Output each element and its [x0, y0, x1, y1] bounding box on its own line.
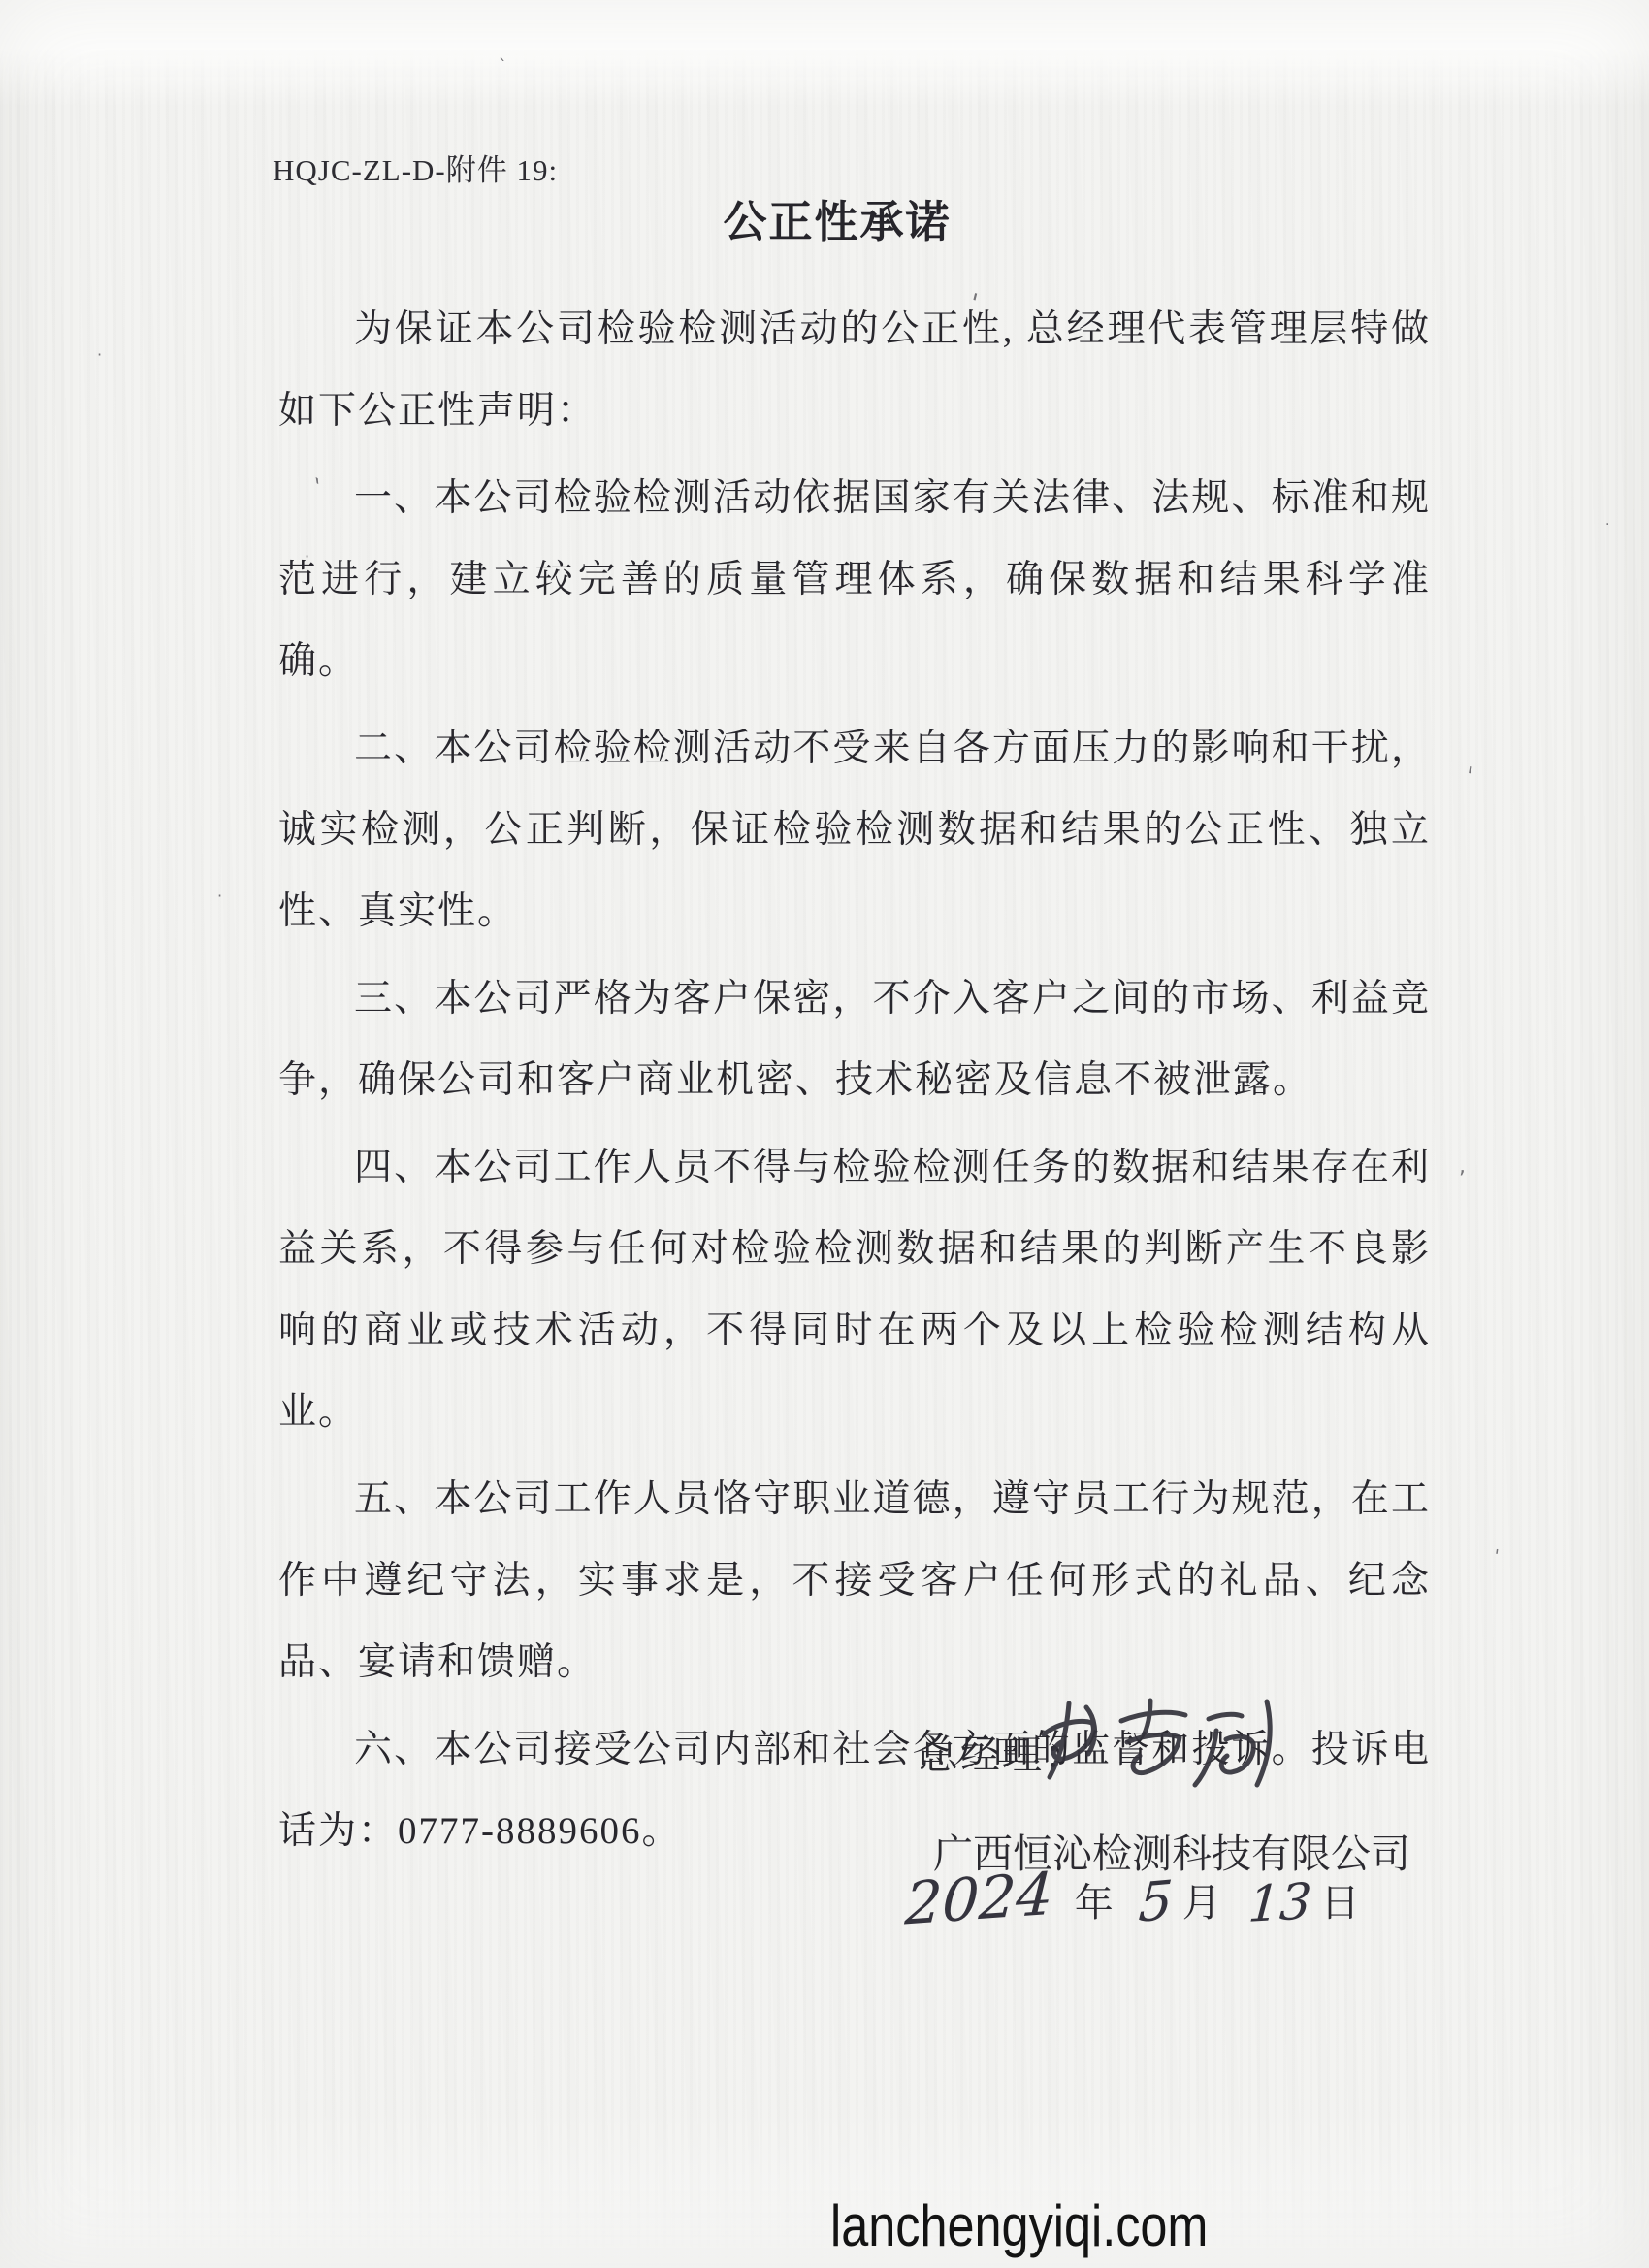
body-paragraph-1: 一、本公司检验检测活动依据国家有关法律、法规、标准和规范进行，建立较完善的质量管…	[278, 458, 1431, 702]
signature-date: 2024 年 5 月 13 日	[905, 1870, 1360, 1928]
year-unit-label: 年	[1075, 1882, 1114, 1928]
scan-speck: '	[1464, 764, 1475, 791]
scanned-document-page: HQJC-ZL-D-附件 19: 公正性承诺 为保证本公司检验检测活动的公正性,…	[0, 0, 1649, 2268]
website-watermark: lanchengyiqi.com	[830, 2192, 1208, 2259]
scan-speck: ,	[1459, 1156, 1466, 1178]
handwritten-year: 2024	[904, 1864, 1054, 1933]
body-paragraph-2: 二、本公司检验检测活动不受来自各方面压力的影响和干扰，诚实检测，公正判断，保证检…	[278, 708, 1431, 953]
scan-speck: ·	[217, 889, 222, 904]
day-unit-label: 日	[1321, 1882, 1360, 1928]
scan-speck: ·	[97, 347, 102, 363]
document-body: 为保证本公司检验检测活动的公正性, 总经理代表管理层特做如下公正性声明： 一、本…	[278, 289, 1431, 1878]
scan-speck: '	[1493, 1548, 1500, 1567]
document-title: 公正性承诺	[13, 186, 1649, 249]
handwritten-signature	[1036, 1696, 1290, 1789]
document-code: HQJC-ZL-D-附件 19:	[273, 146, 558, 189]
handwritten-day: 13	[1246, 1877, 1312, 1930]
body-paragraph-5: 五、本公司工作人员恪守职业道德，遵守员工行为规范，在工作中遵纪守法，实事求是，不…	[278, 1459, 1431, 1703]
body-paragraph-intro: 为保证本公司检验检测活动的公正性, 总经理代表管理层特做如下公正性声明：	[278, 289, 1431, 452]
handwritten-month: 5	[1137, 1873, 1175, 1930]
body-paragraph-3: 三、本公司严格为客户保密，不介入客户之间的市场、利益竞争，确保公司和客户商业机密…	[278, 958, 1431, 1121]
month-unit-label: 月	[1182, 1882, 1221, 1928]
scan-speck: ·	[1605, 518, 1609, 532]
body-paragraph-4: 四、本公司工作人员不得与检验检测任务的数据和结果存在利益关系，不得参与任何对检验…	[278, 1127, 1431, 1453]
scan-speck: `	[499, 58, 507, 76]
